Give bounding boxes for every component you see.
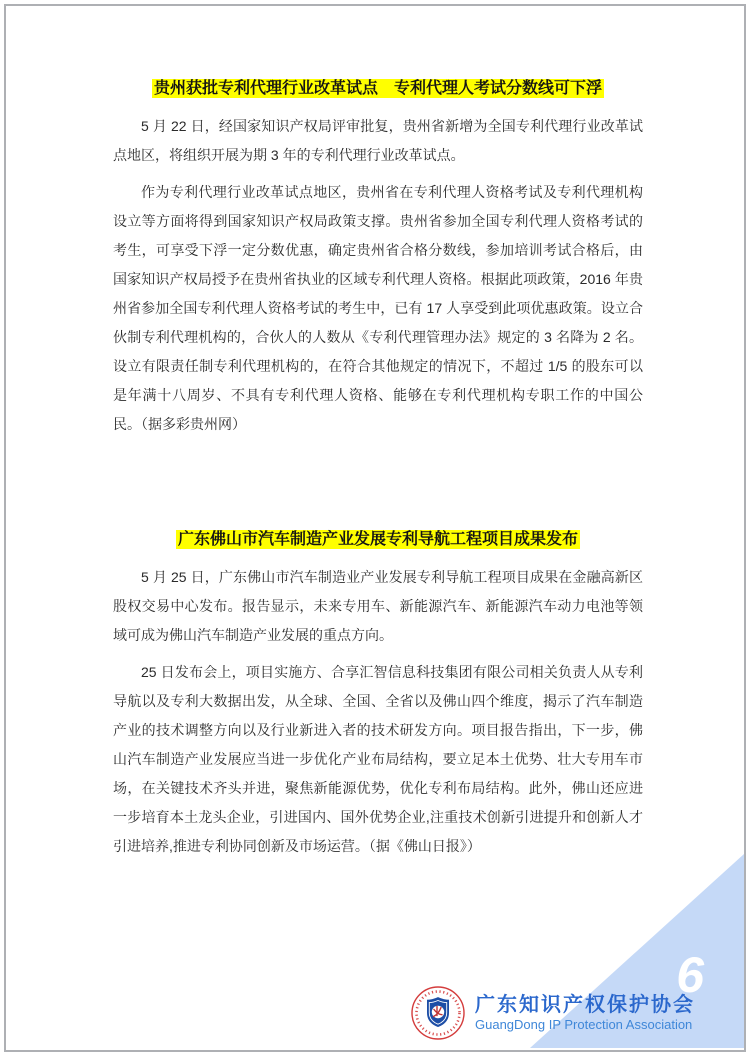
document-page: 贵州获批专利代理行业改革试点 专利代理人考试分数线可下浮 5 月 22 日，经国… <box>0 0 750 1056</box>
page-content: 贵州获批专利代理行业改革试点 专利代理人考试分数线可下浮 5 月 22 日，经国… <box>113 78 643 869</box>
article-paragraph: 25 日发布会上，项目实施方、合享汇智信息科技集团有限公司相关负责人从专利导航以… <box>113 658 643 861</box>
highlighted-title-text: 广东佛山市汽车制造产业发展专利导航工程项目成果发布 <box>176 530 580 549</box>
article-title: 贵州获批专利代理行业改革试点 专利代理人考试分数线可下浮 <box>113 78 643 99</box>
article-foshan: 广东佛山市汽车制造产业发展专利导航工程项目成果发布 5 月 25 日，广东佛山市… <box>113 529 643 861</box>
article-paragraph: 作为专利代理行业改革试点地区，贵州省在专利代理人资格考试及专利代理机构设立等方面… <box>113 178 643 439</box>
org-name-cn: 广东知识产权保护协会 <box>475 993 695 1017</box>
highlighted-title-text: 贵州获批专利代理行业改革试点 专利代理人考试分数线可下浮 <box>152 79 604 98</box>
gdipa-association-badge-icon <box>410 985 466 1041</box>
org-name-en: GuangDong IP Protection Association <box>475 1017 695 1033</box>
article-guizhou: 贵州获批专利代理行业改革试点 专利代理人考试分数线可下浮 5 月 22 日，经国… <box>113 78 643 439</box>
article-title: 广东佛山市汽车制造产业发展专利导航工程项目成果发布 <box>113 529 643 550</box>
footer-branding: 广东知识产权保护协会 GuangDong IP Protection Assoc… <box>410 985 695 1041</box>
article-paragraph: 5 月 22 日，经国家知识产权局评审批复，贵州省新增为全国专利代理行业改革试点… <box>113 112 643 170</box>
org-name-block: 广东知识产权保护协会 GuangDong IP Protection Assoc… <box>475 993 695 1033</box>
article-paragraph: 5 月 25 日，广东佛山市汽车制造业产业发展专利导航工程项目成果在金融高新区股… <box>113 563 643 650</box>
